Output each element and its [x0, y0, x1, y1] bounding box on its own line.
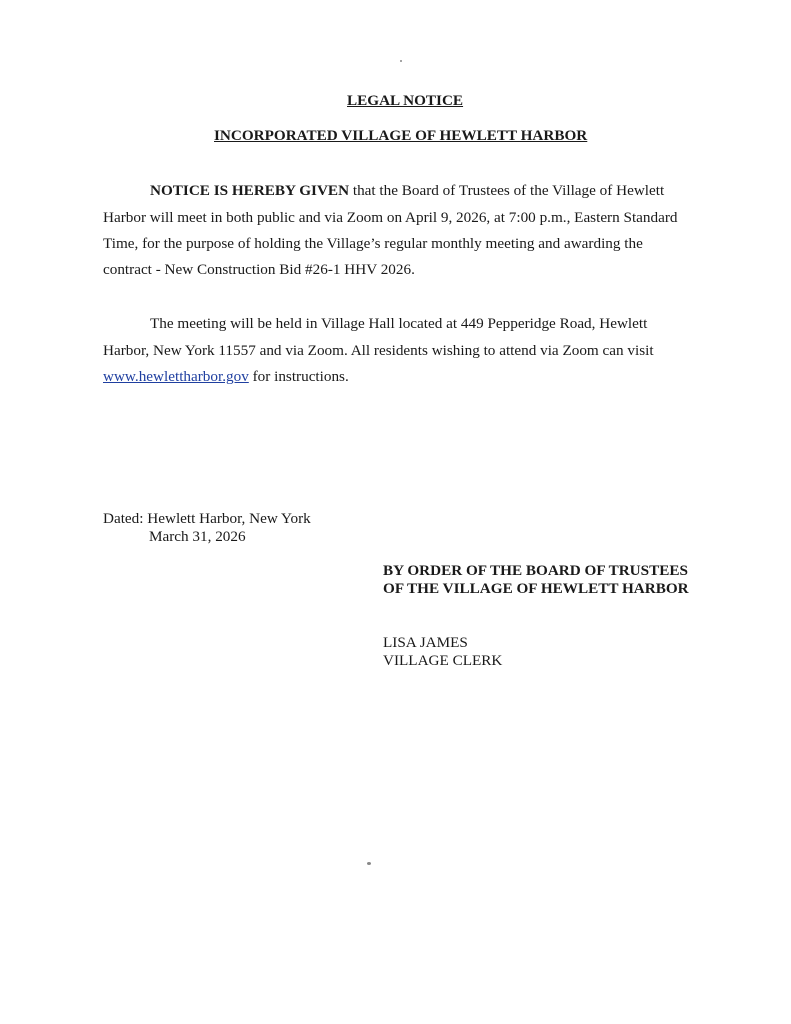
- paragraph1-line1: NOTICE IS HEREBY GIVEN that the Board of…: [150, 180, 664, 202]
- paragraph1-line4: contract - New Construction Bid #26-1 HH…: [103, 259, 415, 281]
- paragraph2-line1: The meeting will be held in Village Hall…: [150, 313, 647, 335]
- paragraph2-line3: www.hewlettharbor.gov for instructions.: [103, 366, 349, 388]
- scan-speck: [400, 60, 402, 62]
- village-website-link[interactable]: www.hewlettharbor.gov: [103, 368, 249, 385]
- dated-date: March 31, 2026: [149, 526, 246, 548]
- order-line2: OF THE VILLAGE OF HEWLETT HARBOR: [383, 578, 689, 600]
- notice-heading: LEGAL NOTICE: [347, 92, 463, 110]
- paragraph1-line3: Time, for the purpose of holding the Vil…: [103, 233, 643, 255]
- paragraph2-line2: Harbor, New York 11557 and via Zoom. All…: [103, 340, 654, 362]
- paragraph2-line3-text: for instructions.: [249, 368, 349, 385]
- village-subheading: INCORPORATED VILLAGE OF HEWLETT HARBOR: [214, 127, 587, 145]
- clerk-title: VILLAGE CLERK: [383, 650, 502, 672]
- paragraph1-line1-text: that the Board of Trustees of the Villag…: [349, 182, 664, 199]
- notice-lead: NOTICE IS HEREBY GIVEN: [150, 182, 349, 199]
- scan-speck: [367, 862, 371, 865]
- paragraph1-line2: Harbor will meet in both public and via …: [103, 207, 678, 229]
